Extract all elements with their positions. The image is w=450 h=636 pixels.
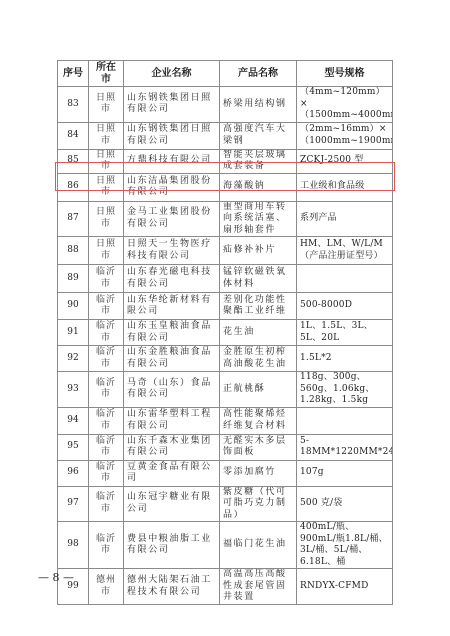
cell-model-spec (297, 265, 393, 293)
cell-model-spec: HM、LM、W/L/M（产品注册证型号） (297, 237, 393, 265)
cell-model-spec (297, 407, 393, 434)
cell-product-name: 重型商用车转向系统活塞、扇形轴套件 (220, 201, 297, 237)
cell-city: 临沂市 (89, 293, 124, 320)
cell-company-name: 日照天一生物医疗科技有限公司 (124, 237, 220, 265)
cell-product-name: 无醛实木多层饰面板 (220, 434, 297, 460)
table-row: 96临沂市豆黄金食品有限公司零添加腐竹107g (58, 460, 393, 486)
cell-model-spec: 400mL/瓶、900mL/瓶1.8L/桶、3L/桶、5L/桶、6.18L、桶 (297, 522, 393, 569)
cell-city: 临沂市 (89, 522, 124, 569)
cell-serial-no: 84 (58, 122, 89, 149)
table-row: 92临沂市山东金胜粮油食品有限公司金胜原生初榨高油酸花生油1.5L*2 (58, 346, 393, 372)
table-row: 98临沂市费县中粮油脂工业有限公司福临门花生油400mL/瓶、900mL/瓶1.… (58, 522, 393, 569)
cell-city: 临沂市 (89, 407, 124, 434)
header-product: 产品名称 (220, 61, 297, 87)
cell-serial-no: 89 (58, 265, 89, 293)
cell-model-spec: 107g (297, 460, 393, 486)
cell-model-spec: 系列产品 (297, 201, 393, 237)
cell-product-name: 疝修补补片 (220, 237, 297, 265)
table-row: 91临沂市山东玉皇粮油食品有限公司花生油1L、1.5L、3L、5L、20L (58, 320, 393, 346)
cell-model-spec: ZCKJ-2500 型 (297, 149, 393, 173)
cell-company-name: 山东玉皇粮油食品有限公司 (124, 320, 220, 346)
table-row: 90临沂市山东华纶新材料有限公司差别化功能性聚酯工业纤维500-8000D (58, 293, 393, 320)
cell-city: 德州市 (89, 569, 124, 605)
cell-product-name: 桥梁用结构钢 (220, 87, 297, 123)
header-serial-no: 序号 (58, 61, 89, 87)
table-row: 99德州市德州大陆架石油工程技术有限公司高温高压高酸性成套尾管固井装置RNDYX… (58, 569, 393, 605)
cell-company-name: 山东千森木业集团有限公司 (124, 434, 220, 460)
cell-model-spec: （4mm~120mm）×（1500mm~4000mm） (297, 87, 393, 123)
cell-company-name: 山东金胜粮油食品有限公司 (124, 346, 220, 372)
header-company: 企业名称 (124, 61, 220, 87)
cell-product-name: 智能夹层玻璃成套装备 (220, 149, 297, 173)
table-row: 87日照市金马工业集团股份有限公司重型商用车转向系统活塞、扇形轴套件系列产品 (58, 201, 393, 237)
cell-model-spec: 118g、300g、560g、1.06kg、1.28kg、1.5kg (297, 372, 393, 408)
cell-model-spec: 500-8000D (297, 293, 393, 320)
cell-product-name: 差别化功能性聚酯工业纤维 (220, 293, 297, 320)
cell-serial-no: 86 (58, 173, 89, 201)
cell-model-spec: 1L、1.5L、3L、5L、20L (297, 320, 393, 346)
cell-model-spec: 1.5L*2 (297, 346, 393, 372)
cell-city: 临沂市 (89, 372, 124, 408)
cell-model-spec: 工业级和食品级 (297, 173, 393, 201)
cell-company-name: 山东钢铁集团日照有限公司 (124, 122, 220, 149)
cell-city: 日照市 (89, 173, 124, 201)
cell-serial-no: 92 (58, 346, 89, 372)
cell-city: 日照市 (89, 201, 124, 237)
cell-city: 临沂市 (89, 460, 124, 486)
header-city: 所在市 (89, 61, 124, 87)
cell-model-spec: （2mm~16mm）×（1000mm~1900mm） (297, 122, 393, 149)
cell-serial-no: 88 (58, 237, 89, 265)
cell-serial-no: 87 (58, 201, 89, 237)
cell-product-name: 海藻酸钠 (220, 173, 297, 201)
cell-company-name: 山东洁晶集团股份有限公司 (124, 173, 220, 201)
table-row: 94临沂市山东雷华塑料工程有限公司高性能聚烯烃纤维复合材料 (58, 407, 393, 434)
cell-serial-no: 98 (58, 522, 89, 569)
cell-company-name: 山东冠宇糖业有限公司 (124, 486, 220, 522)
cell-serial-no: 91 (58, 320, 89, 346)
cell-product-name: 福临门花生油 (220, 522, 297, 569)
table-row: 97临沂市山东冠宇糖业有限公司紫皮糖（代可可脂巧克力制品）500 克/袋 (58, 486, 393, 522)
table-row: 83日照市山东钢铁集团日照有限公司桥梁用结构钢（4mm~120mm）×（1500… (58, 87, 393, 123)
cell-serial-no: 94 (58, 407, 89, 434)
cell-company-name: 德州大陆架石油工程技术有限公司 (124, 569, 220, 605)
cell-product-name: 零添加腐竹 (220, 460, 297, 486)
cell-company-name: 山东钢铁集团日照有限公司 (124, 87, 220, 123)
cell-serial-no: 85 (58, 149, 89, 173)
cell-product-name: 正航桃酥 (220, 372, 297, 408)
cell-product-name: 花生油 (220, 320, 297, 346)
cell-city: 日照市 (89, 237, 124, 265)
cell-company-name: 金马工业集团股份有限公司 (124, 201, 220, 237)
cell-serial-no: 90 (58, 293, 89, 320)
cell-product-name: 高温高压高酸性成套尾管固井装置 (220, 569, 297, 605)
table-row: 88日照市日照天一生物医疗科技有限公司疝修补补片HM、LM、W/L/M（产品注册… (58, 237, 393, 265)
cell-city: 日照市 (89, 87, 124, 123)
cell-city: 临沂市 (89, 320, 124, 346)
cell-product-name: 紫皮糖（代可可脂巧克力制品） (220, 486, 297, 522)
cell-company-name: 山东雷华塑料工程有限公司 (124, 407, 220, 434)
document-page: 序号 所在市 企业名称 产品名称 型号规格 83日照市山东钢铁集团日照有限公司桥… (0, 0, 450, 636)
product-table: 序号 所在市 企业名称 产品名称 型号规格 83日照市山东钢铁集团日照有限公司桥… (57, 60, 393, 605)
cell-city: 临沂市 (89, 486, 124, 522)
table-row: 85日照市方鼎科技有限公司智能夹层玻璃成套装备ZCKJ-2500 型 (58, 149, 393, 173)
cell-product-name: 高性能聚烯烃纤维复合材料 (220, 407, 297, 434)
cell-city: 临沂市 (89, 346, 124, 372)
table-row: 84日照市山东钢铁集团日照有限公司高强度汽车大梁钢（2mm~16mm）×（100… (58, 122, 393, 149)
cell-city: 临沂市 (89, 434, 124, 460)
table-header-row: 序号 所在市 企业名称 产品名称 型号规格 (58, 61, 393, 87)
cell-product-name: 高强度汽车大梁钢 (220, 122, 297, 149)
cell-product-name: 金胜原生初榨高油酸花生油 (220, 346, 297, 372)
cell-city: 日照市 (89, 122, 124, 149)
cell-city: 临沂市 (89, 265, 124, 293)
cell-company-name: 费县中粮油脂工业有限公司 (124, 522, 220, 569)
cell-company-name: 山东春光磁电科技有限公司 (124, 265, 220, 293)
cell-model-spec: 500 克/袋 (297, 486, 393, 522)
cell-serial-no: 83 (58, 87, 89, 123)
page-number: — 8 — (38, 571, 74, 584)
cell-serial-no: 96 (58, 460, 89, 486)
cell-company-name: 山东华纶新材料有限公司 (124, 293, 220, 320)
cell-product-name: 锰锌软磁铁氧体材料 (220, 265, 297, 293)
header-spec: 型号规格 (297, 61, 393, 87)
table-row: 95临沂市山东千森木业集团有限公司无醛实木多层饰面板5-18MM*1220MM*… (58, 434, 393, 460)
table-row: 93临沂市马奇（山东）食品有限公司正航桃酥118g、300g、560g、1.06… (58, 372, 393, 408)
table-row: 89临沂市山东春光磁电科技有限公司锰锌软磁铁氧体材料 (58, 265, 393, 293)
table-body: 83日照市山东钢铁集团日照有限公司桥梁用结构钢（4mm~120mm）×（1500… (58, 87, 393, 605)
cell-model-spec: RNDYX-CFMD (297, 569, 393, 605)
cell-company-name: 马奇（山东）食品有限公司 (124, 372, 220, 408)
cell-company-name: 豆黄金食品有限公司 (124, 460, 220, 486)
cell-serial-no: 95 (58, 434, 89, 460)
table-row: 86日照市山东洁晶集团股份有限公司海藻酸钠工业级和食品级 (58, 173, 393, 201)
cell-serial-no: 93 (58, 372, 89, 408)
cell-city: 日照市 (89, 149, 124, 173)
cell-model-spec: 5-18MM*1220MM*2440MM (297, 434, 393, 460)
cell-company-name: 方鼎科技有限公司 (124, 149, 220, 173)
cell-serial-no: 97 (58, 486, 89, 522)
